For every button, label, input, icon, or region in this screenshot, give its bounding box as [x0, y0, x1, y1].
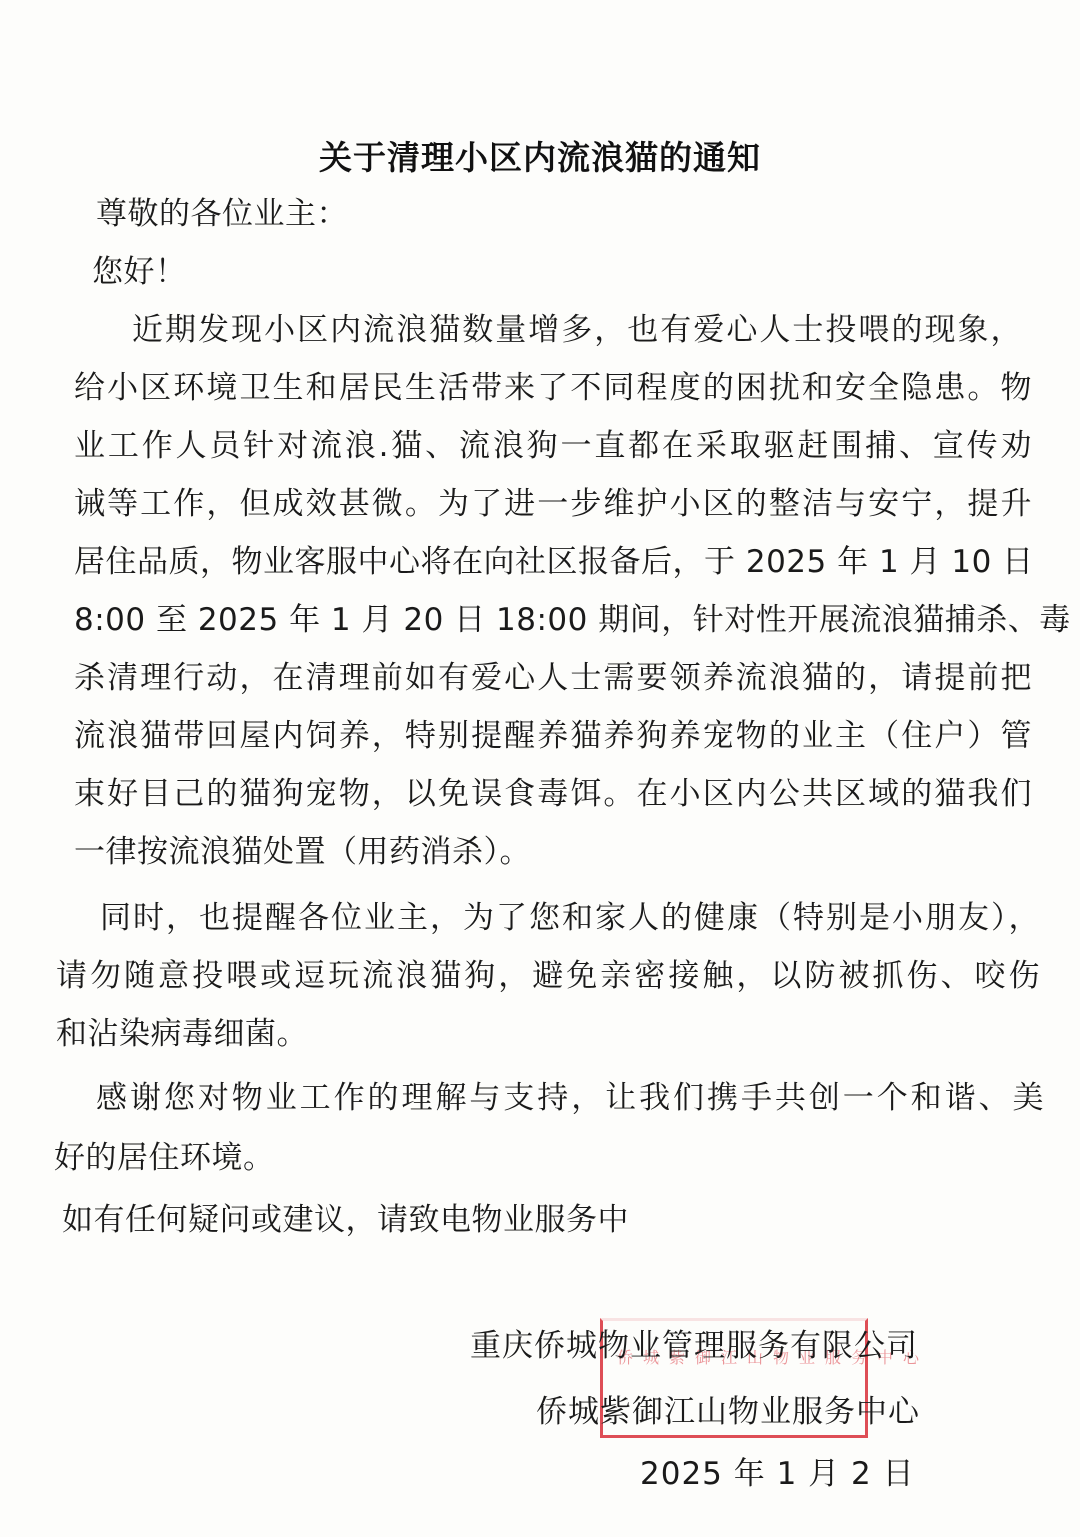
notice-document: 关于清理小区内流浪猫的通知 尊敬的各位业主： 您好！ 近期发现小区内流浪猫数量增… [0, 0, 1080, 1537]
paragraph-line: 束好目己的猫狗宠物，以免误食毒饵。在小区内公共区域的猫我们 [74, 774, 1032, 814]
paragraph-line: 一律按流浪猫处置（用药消杀）。 [74, 832, 531, 872]
paragraph-line: 业工作人员针对流浪.猫、流浪狗一直都在采取驱赶围捕、宣传劝 [74, 426, 1032, 466]
greeting: 您好！ [92, 252, 187, 292]
paragraph-line: 给小区环境卫生和居民生活带来了不同程度的困扰和安全隐患。物 [74, 368, 1032, 408]
salutation: 尊敬的各位业主： [96, 194, 348, 234]
paragraph-line: 8:00 至 2025 年 1 月 20 日 18:00 期间，针对性开展流浪猫… [74, 600, 1032, 640]
paragraph-line: 好的居住环境。 [54, 1138, 275, 1178]
signature-company: 重庆侨城物业管理服务有限公司 [470, 1320, 918, 1365]
paragraph-line: 近期发现小区内流浪猫数量增多，也有爱心人士投喂的现象， [132, 310, 1022, 350]
paragraph-line: 请勿随意投喂或逗玩流浪猫狗，避免亲密接触，以防被抓伤、咬伤 [56, 956, 1040, 996]
contact-line: 如有任何疑问或建议，请致电物业服务中 [62, 1200, 629, 1240]
paragraph-line: 感谢您对物业工作的理解与支持，让我们携手共创一个和谐、美 [96, 1078, 1044, 1118]
paragraph-line: 流浪猫带回屋内饲养，特别提醒养猫养狗养宠物的业主（住户）管 [74, 716, 1032, 756]
paragraph-line: 和沾染病毒细菌。 [56, 1014, 308, 1054]
paragraph-line: 同时，也提醒各位业主，为了您和家人的健康（特别是小朋友）， [100, 898, 1040, 938]
signature-center: 侨城紫御江山物业服务中心 [536, 1386, 920, 1431]
paragraph-line: 杀清理行动，在清理前如有爱心人士需要领养流浪猫的，请提前把 [74, 658, 1032, 698]
paragraph-line: 诫等工作，但成效甚微。为了进一步维护小区的整洁与安宁，提升 [74, 484, 1032, 524]
signature-date: 2025 年 1 月 2 日 [640, 1448, 915, 1493]
paragraph-line: 居住品质，物业客服中心将在向社区报备后，于 2025 年 1 月 10 日 [74, 542, 1032, 582]
notice-title: 关于清理小区内流浪猫的通知 [0, 132, 1080, 179]
